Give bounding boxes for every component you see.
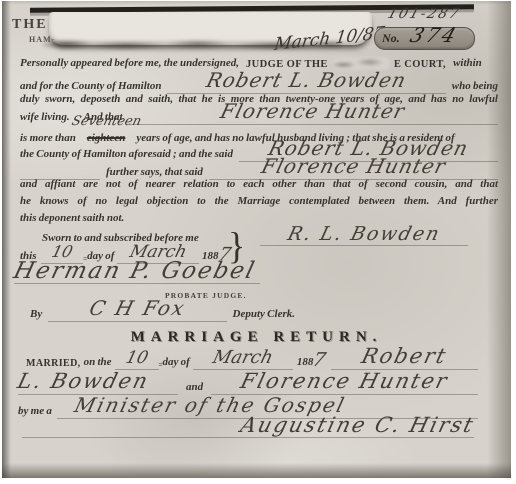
officiant-capacity-entry: Minister of the Gospel: [72, 395, 347, 415]
mr-day-slot: 10: [115, 349, 159, 370]
affiant-signature: R. L. Bowden: [285, 225, 442, 244]
bride-name-entry: Florence Hunter: [219, 101, 408, 121]
bride-name-entry-2: Florence Hunter: [259, 156, 448, 176]
file-number: 101-287: [386, 7, 462, 21]
mr-bride-slot: Florence Hunter: [211, 371, 478, 395]
mr-bride-entry: Florence Hunter: [238, 371, 450, 392]
bride-name-slot: Florence Hunter: [129, 101, 498, 125]
groom-name-slot: Robert L. Bowden: [167, 70, 445, 94]
married-line-2: L. Bowden and Florence Hunter: [18, 371, 478, 395]
bride-name-slot-2: Florence Hunter: [209, 156, 498, 180]
mr-groom-first: Robert: [360, 346, 450, 367]
mr-day-entry: 10: [124, 350, 150, 367]
judge-signature: Herman P. Goebel: [11, 260, 258, 283]
number-stamp: No. 374: [374, 27, 475, 50]
mr-day-of-label: day of: [163, 356, 190, 370]
judge-signature-slot: Herman P. Goebel: [14, 260, 260, 284]
scanned-photo-frame: THE HAM- March 10/87 101-287 No. 374 Per…: [0, 0, 516, 484]
line1-text-end: within: [453, 57, 482, 71]
masthead-fragment-2: HAM-: [29, 35, 55, 44]
mr-groom-slot-1: Robert: [331, 346, 478, 370]
mr-groom-slot-2: L. Bowden: [18, 371, 178, 395]
mr-groom-rest: L. Bowden: [15, 371, 151, 392]
masthead-fragment: THE: [12, 17, 48, 33]
officiant-signature: Augustine C. Hirst: [238, 415, 476, 436]
no-value: 374: [408, 25, 462, 45]
married-line-1: MARRIED, on the 10 = day of March 188 7 …: [26, 348, 478, 370]
line4-text: wife living.: [20, 111, 70, 125]
clerk-signature-slot: C H Fox: [48, 298, 226, 322]
officiant-signature-slot: Augustine C. Hirst: [22, 415, 474, 438]
line2-text: and for the County of Hamilton: [20, 80, 161, 94]
affidavit-line-8: and affiant are not of nearer relation t…: [20, 178, 498, 192]
mr-month-entry: March: [211, 349, 275, 367]
no-label: No.: [382, 31, 400, 46]
groom-name-entry: Robert L. Bowden: [205, 70, 409, 90]
clerk-signature: C H Fox: [87, 298, 188, 318]
scan-edge-bottom: [2, 463, 511, 478]
on-the-label: on the: [84, 356, 112, 370]
mr-year-entry: 7: [311, 351, 328, 370]
deputy-clerk-label: Deputy Clerk.: [233, 308, 295, 322]
deputy-clerk-line: By C H Fox Deputy Clerk.: [30, 300, 295, 322]
affidavit-line-2: and for the County of Hamilton Robert L.…: [20, 72, 498, 94]
affidavit-line-9: he knows of no legal objection to the Ma…: [20, 195, 498, 209]
line2-text-end: who being: [452, 80, 498, 94]
affiant-signature-slot: R. L. Bowden: [260, 225, 468, 246]
scan-paper: THE HAM- March 10/87 101-287 No. 374 Per…: [2, 1, 511, 478]
scan-edge-left: [2, 1, 11, 478]
affidavit-line-7: further says, that said Florence Hunter: [20, 158, 498, 180]
line1-text: Personally appeared before me, the under…: [20, 57, 239, 71]
mr-month-slot: March: [193, 349, 293, 370]
by-label: By: [30, 308, 42, 322]
